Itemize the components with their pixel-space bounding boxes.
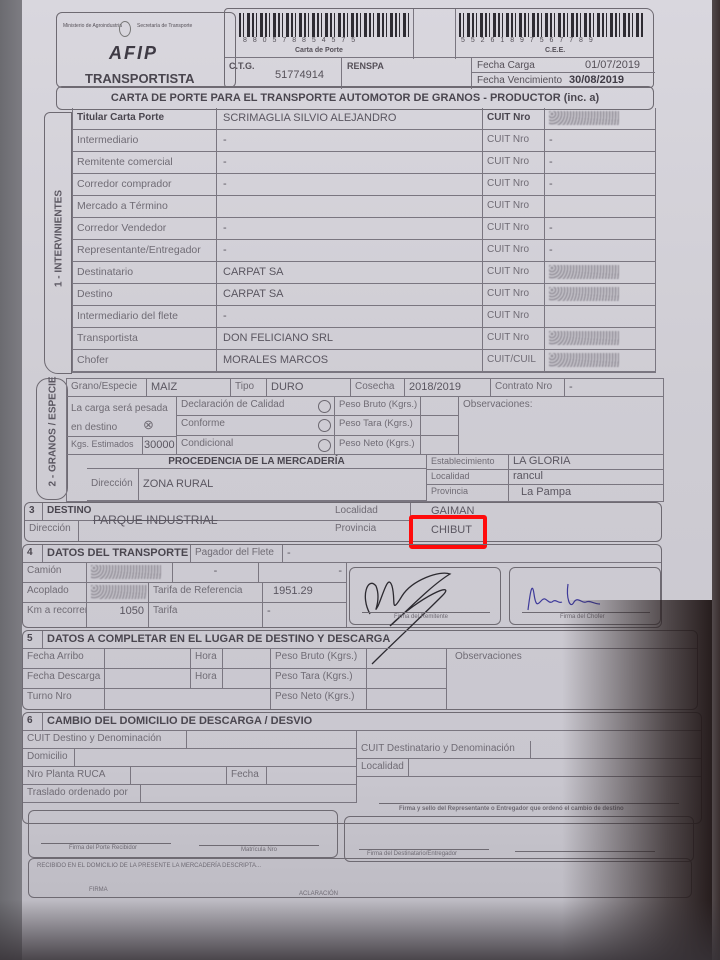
peso-field[interactable]: [421, 397, 459, 416]
cuit-label: CUIT Nro: [483, 262, 545, 284]
interviniente-value: [217, 196, 483, 218]
interviniente-label: Transportista: [73, 328, 217, 350]
divider: [413, 9, 414, 59]
domicilio-label: Domicilio: [23, 749, 75, 767]
destino-direccion-value: PARQUE INDUSTRIAL: [93, 513, 217, 527]
role-label: TRANSPORTISTA: [85, 71, 195, 86]
camion-extra-1: -: [173, 563, 259, 583]
desvio-number: 6: [23, 713, 43, 731]
barcode2-label: C.E.E.: [545, 47, 565, 54]
calidad-option-label: Declaración de Calidad: [181, 399, 284, 410]
peso-field[interactable]: [421, 416, 459, 435]
direccion-label: Dirección: [87, 469, 139, 501]
establecimiento-value: LA GLORIA: [509, 455, 663, 470]
calidad-option[interactable]: Conforme: [177, 416, 335, 435]
camion-extra-2: -: [259, 563, 347, 583]
ctg-value: 51774914: [275, 69, 324, 81]
radio-icon[interactable]: [318, 400, 331, 413]
cuit-label: CUIT Nro: [483, 328, 545, 350]
interviniente-label: Representante/Entregador: [73, 240, 217, 262]
destino-localidad-label: Localidad: [331, 503, 411, 521]
camion-value: [87, 563, 173, 583]
kgs-estimados-label: Kgs. Estimados: [67, 437, 143, 455]
calidad-option-label: Conforme: [181, 418, 225, 429]
traslado-label: Traslado ordenado por: [23, 785, 141, 803]
destino-direccion-label: Dirección: [25, 521, 79, 541]
contrato-value: -: [565, 379, 663, 397]
hora-descarga-field[interactable]: [223, 669, 271, 689]
cuit-redacted: [549, 265, 619, 279]
divider: [341, 57, 342, 89]
cuit-label: CUIT Nro: [483, 174, 545, 196]
barcode-carta-de-porte: [239, 13, 409, 37]
pesada-label: La carga será pesada en destino ⊗: [67, 397, 177, 437]
transporte-number: 4: [23, 545, 43, 563]
cuit-redacted: [549, 287, 619, 301]
descarga-peso-label: Peso Neto (Kgrs.): [271, 689, 367, 709]
cuit-value: [545, 350, 655, 372]
fecha-carga-value: 01/07/2019: [585, 59, 640, 71]
interviniente-label: Destinatario: [73, 262, 217, 284]
desvio-fecha-label: Fecha: [227, 767, 267, 785]
pesada-checked-mark[interactable]: ⊗: [143, 415, 154, 434]
interviniente-label: Mercado a Término: [73, 196, 217, 218]
header-logo-box: Ministerio de Agroindustria Secretaría d…: [56, 12, 236, 88]
pagador-label: Pagador del Flete: [191, 545, 283, 563]
section-destino: 3 DESTINO Dirección PARQUE INDUSTRIAL Lo…: [24, 502, 662, 542]
descarga-peso-label: Peso Tara (Kgrs.): [271, 669, 367, 689]
fecha-arribo-label: Fecha Arribo: [23, 649, 105, 669]
cuit-destino-label: CUIT Destino y Denominación: [23, 731, 187, 749]
destino-number: 3: [25, 503, 43, 521]
fecha-carga-label: Fecha Carga: [477, 60, 535, 71]
cuit-redacted: [549, 111, 619, 125]
provincia-value: La Pampa: [509, 485, 663, 501]
document-title: CARTA DE PORTE PARA EL TRANSPORTE AUTOMO…: [57, 87, 653, 109]
interviniente-label: Corredor comprador: [73, 174, 217, 196]
cuit-value: [545, 284, 655, 306]
cuit-value: [545, 328, 655, 350]
cosecha-label: Cosecha: [351, 379, 405, 397]
cosecha-value: 2018/2019: [405, 379, 491, 397]
cuit-value: -: [545, 152, 655, 174]
cuit-label: CUIT/CUIL: [483, 350, 545, 372]
cuit-redacted: [549, 353, 619, 367]
interviniente-label: Intermediario: [73, 130, 217, 152]
secretaria-text: Secretaría de Transporte: [137, 23, 192, 29]
descarga-number: 5: [23, 631, 43, 649]
interviniente-value: -: [217, 130, 483, 152]
fecha-vencimiento-label: Fecha Vencimiento: [477, 75, 562, 86]
footer-firma-label: FIRMA: [89, 887, 108, 893]
interviniente-value: -: [217, 218, 483, 240]
km-label: Km a recorrer: [23, 603, 87, 627]
firma-destinatario-label: Firma del Destinatario/Entregador: [367, 851, 457, 857]
interviniente-label: Corredor Vendedor: [73, 218, 217, 240]
procedencia-label: PROCEDENCIA DE LA MERCADERÍA: [87, 455, 427, 469]
fecha-vencimiento-value: 30/08/2019: [569, 74, 624, 86]
section-intervinientes-tab: 1 - INTERVINIENTES: [44, 112, 72, 374]
calidad-option[interactable]: Declaración de Calidad: [177, 397, 335, 416]
acoplado-label: Acoplado: [23, 583, 87, 603]
interviniente-label: Titular Carta Porte: [73, 108, 217, 130]
matricula-line: [199, 845, 319, 846]
tipo-label: Tipo: [231, 379, 267, 397]
grano-value: MAIZ: [147, 379, 231, 397]
interviniente-value: MORALES MARCOS: [217, 350, 483, 372]
cuit-value: [545, 306, 655, 328]
cuit-label: CUIT Nro: [483, 152, 545, 174]
firma-remitente-line: [362, 612, 490, 613]
localidad-label: Localidad: [427, 470, 509, 485]
interviniente-value: CARPAT SA: [217, 262, 483, 284]
cuit-label: CUIT Nro: [483, 130, 545, 152]
photo-shadow-bottom: [0, 900, 720, 960]
traslado-field[interactable]: [141, 785, 357, 803]
hora-arribo-label: Hora: [191, 649, 223, 669]
interviniente-value: DON FELICIANO SRL: [217, 328, 483, 350]
descarga-peso-field[interactable]: [367, 689, 447, 709]
barcode1-label: Carta de Porte: [295, 47, 343, 54]
header-data-box: 8 8 0 5 7 8 8 5 4 5 7 5 Carta de Porte 5…: [224, 8, 654, 88]
firma-destinatario-line: [359, 849, 489, 850]
cuit-label: CUIT Nro: [483, 240, 545, 262]
cuit-value: -: [545, 240, 655, 262]
kgs-estimados-value: 30000: [143, 437, 177, 455]
pesada-label-line1: La carga será pesada: [71, 403, 168, 414]
turno-label: Turno Nro: [23, 689, 105, 709]
interviniente-label: Chofer: [73, 350, 217, 372]
interviniente-value: -: [217, 152, 483, 174]
cuit-value: [545, 196, 655, 218]
observaciones-label: Observaciones:: [459, 397, 663, 455]
fecha-descarga-label: Fecha Descarga: [23, 669, 105, 689]
matricula-label: Matrícula Nro: [241, 847, 277, 853]
turno-field[interactable]: [105, 689, 271, 709]
firma-recibidor-line: [41, 843, 171, 844]
divider: [471, 72, 655, 73]
cuit-destinatario-label: CUIT Destinatario y Denominación: [357, 741, 531, 759]
tarifa-label: Tarifa: [149, 603, 263, 627]
cuit-destino-field[interactable]: [187, 731, 357, 749]
pesada-label-line2: en destino: [71, 422, 117, 433]
firma-remitente-label: Firma del Remitente: [394, 614, 448, 620]
destino-provincia-label: Provincia: [331, 521, 411, 541]
localidad-value: rancul: [509, 470, 663, 485]
tipo-value: DURO: [267, 379, 351, 397]
radio-icon[interactable]: [318, 439, 331, 452]
divider: [455, 9, 456, 59]
cuit-value: -: [545, 218, 655, 240]
km-value: 1050: [87, 603, 149, 627]
cuit-label: CUIT Nro: [483, 284, 545, 306]
divider: [225, 57, 653, 58]
firma-recibidor-label: Firma del Porte Recibidor: [69, 845, 137, 851]
ctg-label: C.T.G.: [229, 61, 255, 71]
afip-logo: AFIP: [109, 43, 158, 64]
contrato-label: Contrato Nro: [491, 379, 565, 397]
intervinientes-table: Titular Carta PorteSCRIMAGLIA SILVIO ALE…: [72, 108, 656, 373]
descarga-peso-field[interactable]: [367, 649, 447, 669]
cuit-label: CUIT Nro: [483, 108, 545, 130]
cuit-redacted: [549, 331, 619, 345]
footer-aclaracion-label: ACLARACIÓN: [299, 891, 338, 897]
provincia-label: Provincia: [427, 485, 509, 501]
acoplado-value: [87, 583, 149, 603]
carta-de-porte-document: Ministerio de Agroindustria Secretaría d…: [22, 0, 712, 960]
cuit-label: CUIT Nro: [483, 218, 545, 240]
establecimiento-label: Establecimiento: [427, 455, 509, 470]
footer-text: RECIBIDO EN EL DOMICILIO DE LA PRESENTE …: [37, 863, 261, 869]
cuit-value: -: [545, 174, 655, 196]
cuit-label: CUIT Nro: [483, 306, 545, 328]
granos-table: Grano/Especie MAIZ Tipo DURO Cosecha 201…: [66, 378, 664, 502]
hora-arribo-field[interactable]: [223, 649, 271, 669]
planta-ruca-field[interactable]: [131, 767, 227, 785]
firma-remitente-box[interactable]: Firma del Remitente: [349, 567, 501, 625]
section-granos-tab: 2 - GRANOS / ESPECIE: [36, 378, 68, 500]
direccion-value: ZONA RURAL: [139, 469, 427, 501]
ministry-text: Ministerio de Agroindustria: [63, 23, 122, 29]
acoplado-redacted: [91, 585, 147, 599]
peso-label: Peso Tara (Kgrs.): [335, 416, 421, 435]
interviniente-value: CARPAT SA: [217, 284, 483, 306]
camion-label: Camión: [23, 563, 87, 583]
tarifa-referencia-value: 1951.29: [263, 583, 347, 603]
cuit-label: CUIT Nro: [483, 196, 545, 218]
interviniente-label: Intermediario del flete: [73, 306, 217, 328]
interviniente-label: Remitente comercial: [73, 152, 217, 174]
domicilio-field[interactable]: [75, 749, 357, 767]
descarga-peso-label: Peso Bruto (Kgrs.): [271, 649, 367, 669]
hora-descarga-label: Hora: [191, 669, 223, 689]
renspa-label: RENSPA: [347, 61, 384, 71]
argentina-seal-icon: [119, 21, 131, 37]
cuit-value: [545, 262, 655, 284]
interviniente-value: -: [217, 240, 483, 262]
document-title-box: CARTA DE PORTE PARA EL TRANSPORTE AUTOMO…: [56, 86, 654, 110]
barcode-cee: [459, 13, 645, 37]
calidad-option[interactable]: Condicional: [177, 436, 335, 455]
peso-label: Peso Neto (Kgrs.): [335, 436, 421, 455]
section-granos-label: 2 - GRANOS / ESPECIE: [48, 387, 59, 487]
radio-icon[interactable]: [318, 419, 331, 432]
transporte-section-label: DATOS DEL TRANSPORTE: [43, 545, 191, 563]
grano-label: Grano/Especie: [67, 379, 147, 397]
fecha-arribo-field[interactable]: [105, 649, 191, 669]
interviniente-value: SCRIMAGLIA SILVIO ALEJANDRO: [217, 108, 483, 130]
tarifa-referencia-label: Tarifa de Referencia: [149, 583, 263, 603]
planta-ruca-label: Nro Planta RUCA: [23, 767, 131, 785]
peso-field[interactable]: [421, 436, 459, 455]
cuit-value: [545, 108, 655, 130]
desvio-localidad-label: Localidad: [357, 759, 409, 777]
peso-label: Peso Bruto (Kgrs.): [335, 397, 421, 416]
fecha-descarga-field[interactable]: [105, 669, 191, 689]
interviniente-label: Destino: [73, 284, 217, 306]
firma-recibidor-box[interactable]: Firma del Porte Recibidor Matrícula Nro: [28, 810, 338, 858]
descarga-peso-field[interactable]: [367, 669, 447, 689]
calidad-option-label: Condicional: [181, 438, 233, 449]
interviniente-value: -: [217, 306, 483, 328]
divider: [471, 57, 472, 89]
cuit-value: -: [545, 130, 655, 152]
desvio-fecha-field[interactable]: [267, 767, 357, 785]
camion-redacted: [91, 565, 161, 579]
section-intervinientes-label: 1 - INTERVINIENTES: [54, 189, 65, 289]
tarifa-value: -: [263, 603, 347, 627]
barcode1-digits: 8 8 0 5 7 8 8 5 4 5 7 5: [243, 37, 357, 44]
interviniente-value: -: [217, 174, 483, 196]
barcode2-digits: 5 5 2 6 1 8 9 7 5 6 7 7 8 9: [461, 37, 595, 44]
